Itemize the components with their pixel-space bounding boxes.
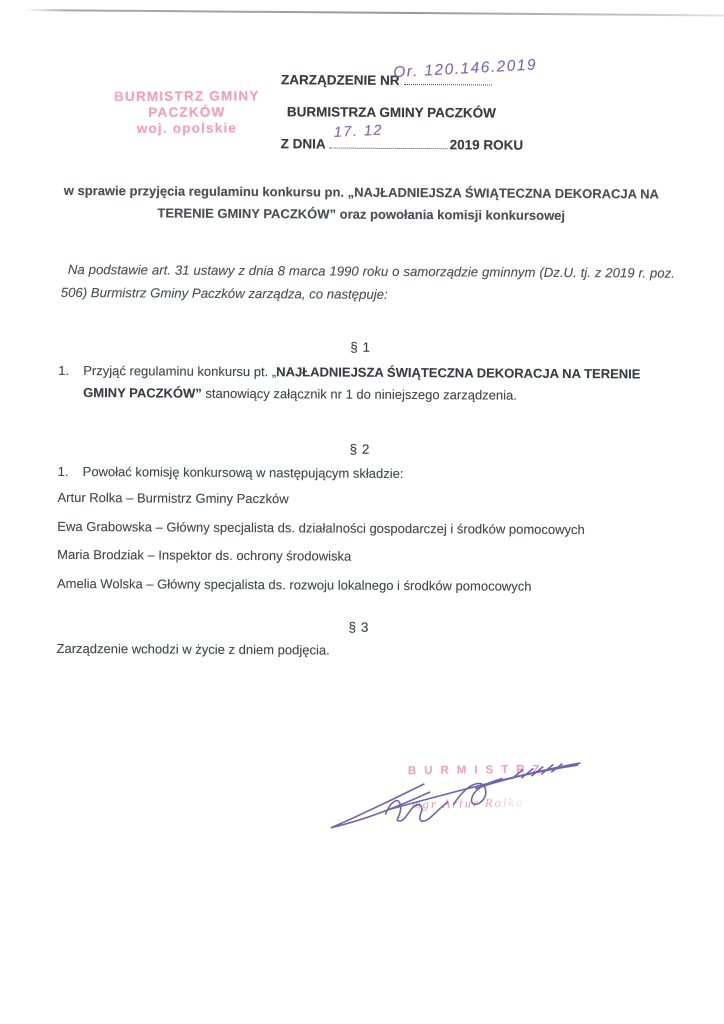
committee-member: Artur Rolka – Burmistrz Gminy Paczków: [57, 489, 687, 510]
stamp-line-voivodeship: woj. opolskie: [92, 120, 282, 137]
section-1-text: Przyjąć regulaminu konkursu pt. „NAJŁADN…: [83, 360, 682, 408]
text-prefix: Przyjąć regulaminu konkursu pt. „: [83, 363, 276, 379]
municipality-stamp: BURMISTRZ GMINY PACZKÓW woj. opolskie: [92, 88, 282, 137]
signature-area: BURMISTRZ mgr Artur Rolka: [325, 744, 666, 846]
committee-member: Amelia Wolska – Główny specjalista ds. r…: [57, 574, 687, 595]
stamp-line-authority: BURMISTRZ GMINY: [92, 88, 282, 105]
document-content: BURMISTRZ GMINY PACZKÓW woj. opolskie ZA…: [0, 0, 724, 1024]
stamp-line-town: PACZKÓW: [92, 104, 282, 121]
effective-date-clause: Zarządzenie wchodzi w życie z dniem podj…: [57, 641, 677, 660]
date-label: Z DNIA: [281, 136, 326, 151]
section-2-mark: § 2: [0, 440, 722, 459]
section-2-item: 1. Powołać komisję konkursową w następuj…: [58, 461, 682, 487]
scanned-ordinance-page: BURMISTRZ GMINY PACZKÓW woj. opolskie ZA…: [0, 0, 724, 1024]
ordinance-number-label: ZARZĄDZENIE NR: [281, 72, 400, 88]
ordinance-subject: w sprawie przyjęcia regulaminu konkursu …: [61, 180, 661, 228]
committee-member-list: Artur Rolka – Burmistrz Gminy Paczków Ew…: [57, 489, 688, 607]
section-3-mark: § 3: [0, 618, 721, 637]
committee-member: Ewa Grabowska – Główny specjalista ds. d…: [57, 517, 687, 538]
committee-intro: Powołać komisję konkursową w następujący…: [83, 461, 682, 487]
legal-basis-paragraph: Na podstawie art. 31 ustawy z dnia 8 mar…: [61, 258, 675, 308]
section-1-mark: § 1: [0, 338, 722, 357]
date-line: Z DNIA2019 ROKU: [281, 136, 524, 152]
item-number: 1.: [58, 360, 83, 404]
handwritten-date: 17. 12: [333, 123, 383, 141]
issuer-line: BURMISTRZA GMINY PACZKÓW: [287, 104, 496, 120]
handwritten-signature: [325, 744, 666, 846]
item-number: 1.: [58, 461, 83, 483]
section-1-item: 1. Przyjąć regulaminu konkursu pt. „NAJŁ…: [58, 360, 682, 408]
text-suffix: stanowiący załącznik nr 1 do niniejszego…: [202, 386, 517, 403]
date-year-suffix: 2019 ROKU: [450, 137, 524, 152]
committee-member: Maria Brodziak – Inspektor ds. ochrony ś…: [57, 546, 687, 567]
